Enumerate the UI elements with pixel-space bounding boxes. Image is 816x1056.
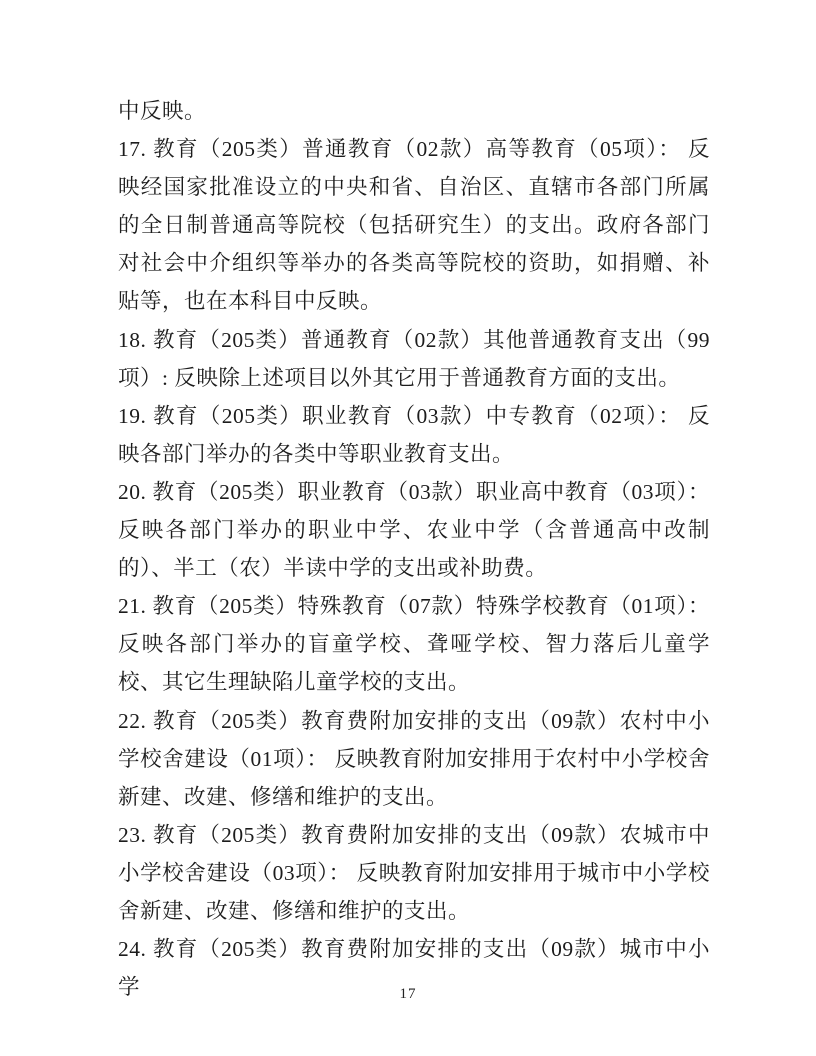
paragraph-item-17: 17. 教育（205类）普通教育（02款）高等教育（05项）： 反映经国家批准设… — [118, 130, 710, 320]
document-body: 中反映。 17. 教育（205类）普通教育（02款）高等教育（05项）： 反映经… — [118, 92, 710, 1006]
paragraph-continuation: 中反映。 — [118, 92, 710, 130]
document-page: 中反映。 17. 教育（205类）普通教育（02款）高等教育（05项）： 反映经… — [0, 0, 816, 1056]
paragraph-item-20: 20. 教育（205类）职业教育（03款）职业高中教育（03项）： 反映各部门举… — [118, 473, 710, 587]
paragraph-item-23: 23. 教育（205类）教育费附加安排的支出（09款）农城市中小学校舍建设（03… — [118, 816, 710, 930]
paragraph-item-19: 19. 教育（205类）职业教育（03款）中专教育（02项）： 反映各部门举办的… — [118, 397, 710, 473]
page-number: 17 — [0, 986, 816, 1003]
paragraph-item-21: 21. 教育（205类）特殊教育（07款）特殊学校教育（01项）： 反映各部门举… — [118, 587, 710, 701]
paragraph-item-18: 18. 教育（205类）普通教育（02款）其他普通教育支出（99项）: 反映除上… — [118, 321, 710, 397]
paragraph-item-22: 22. 教育（205类）教育费附加安排的支出（09款）农村中小学校舍建设（01项… — [118, 702, 710, 816]
